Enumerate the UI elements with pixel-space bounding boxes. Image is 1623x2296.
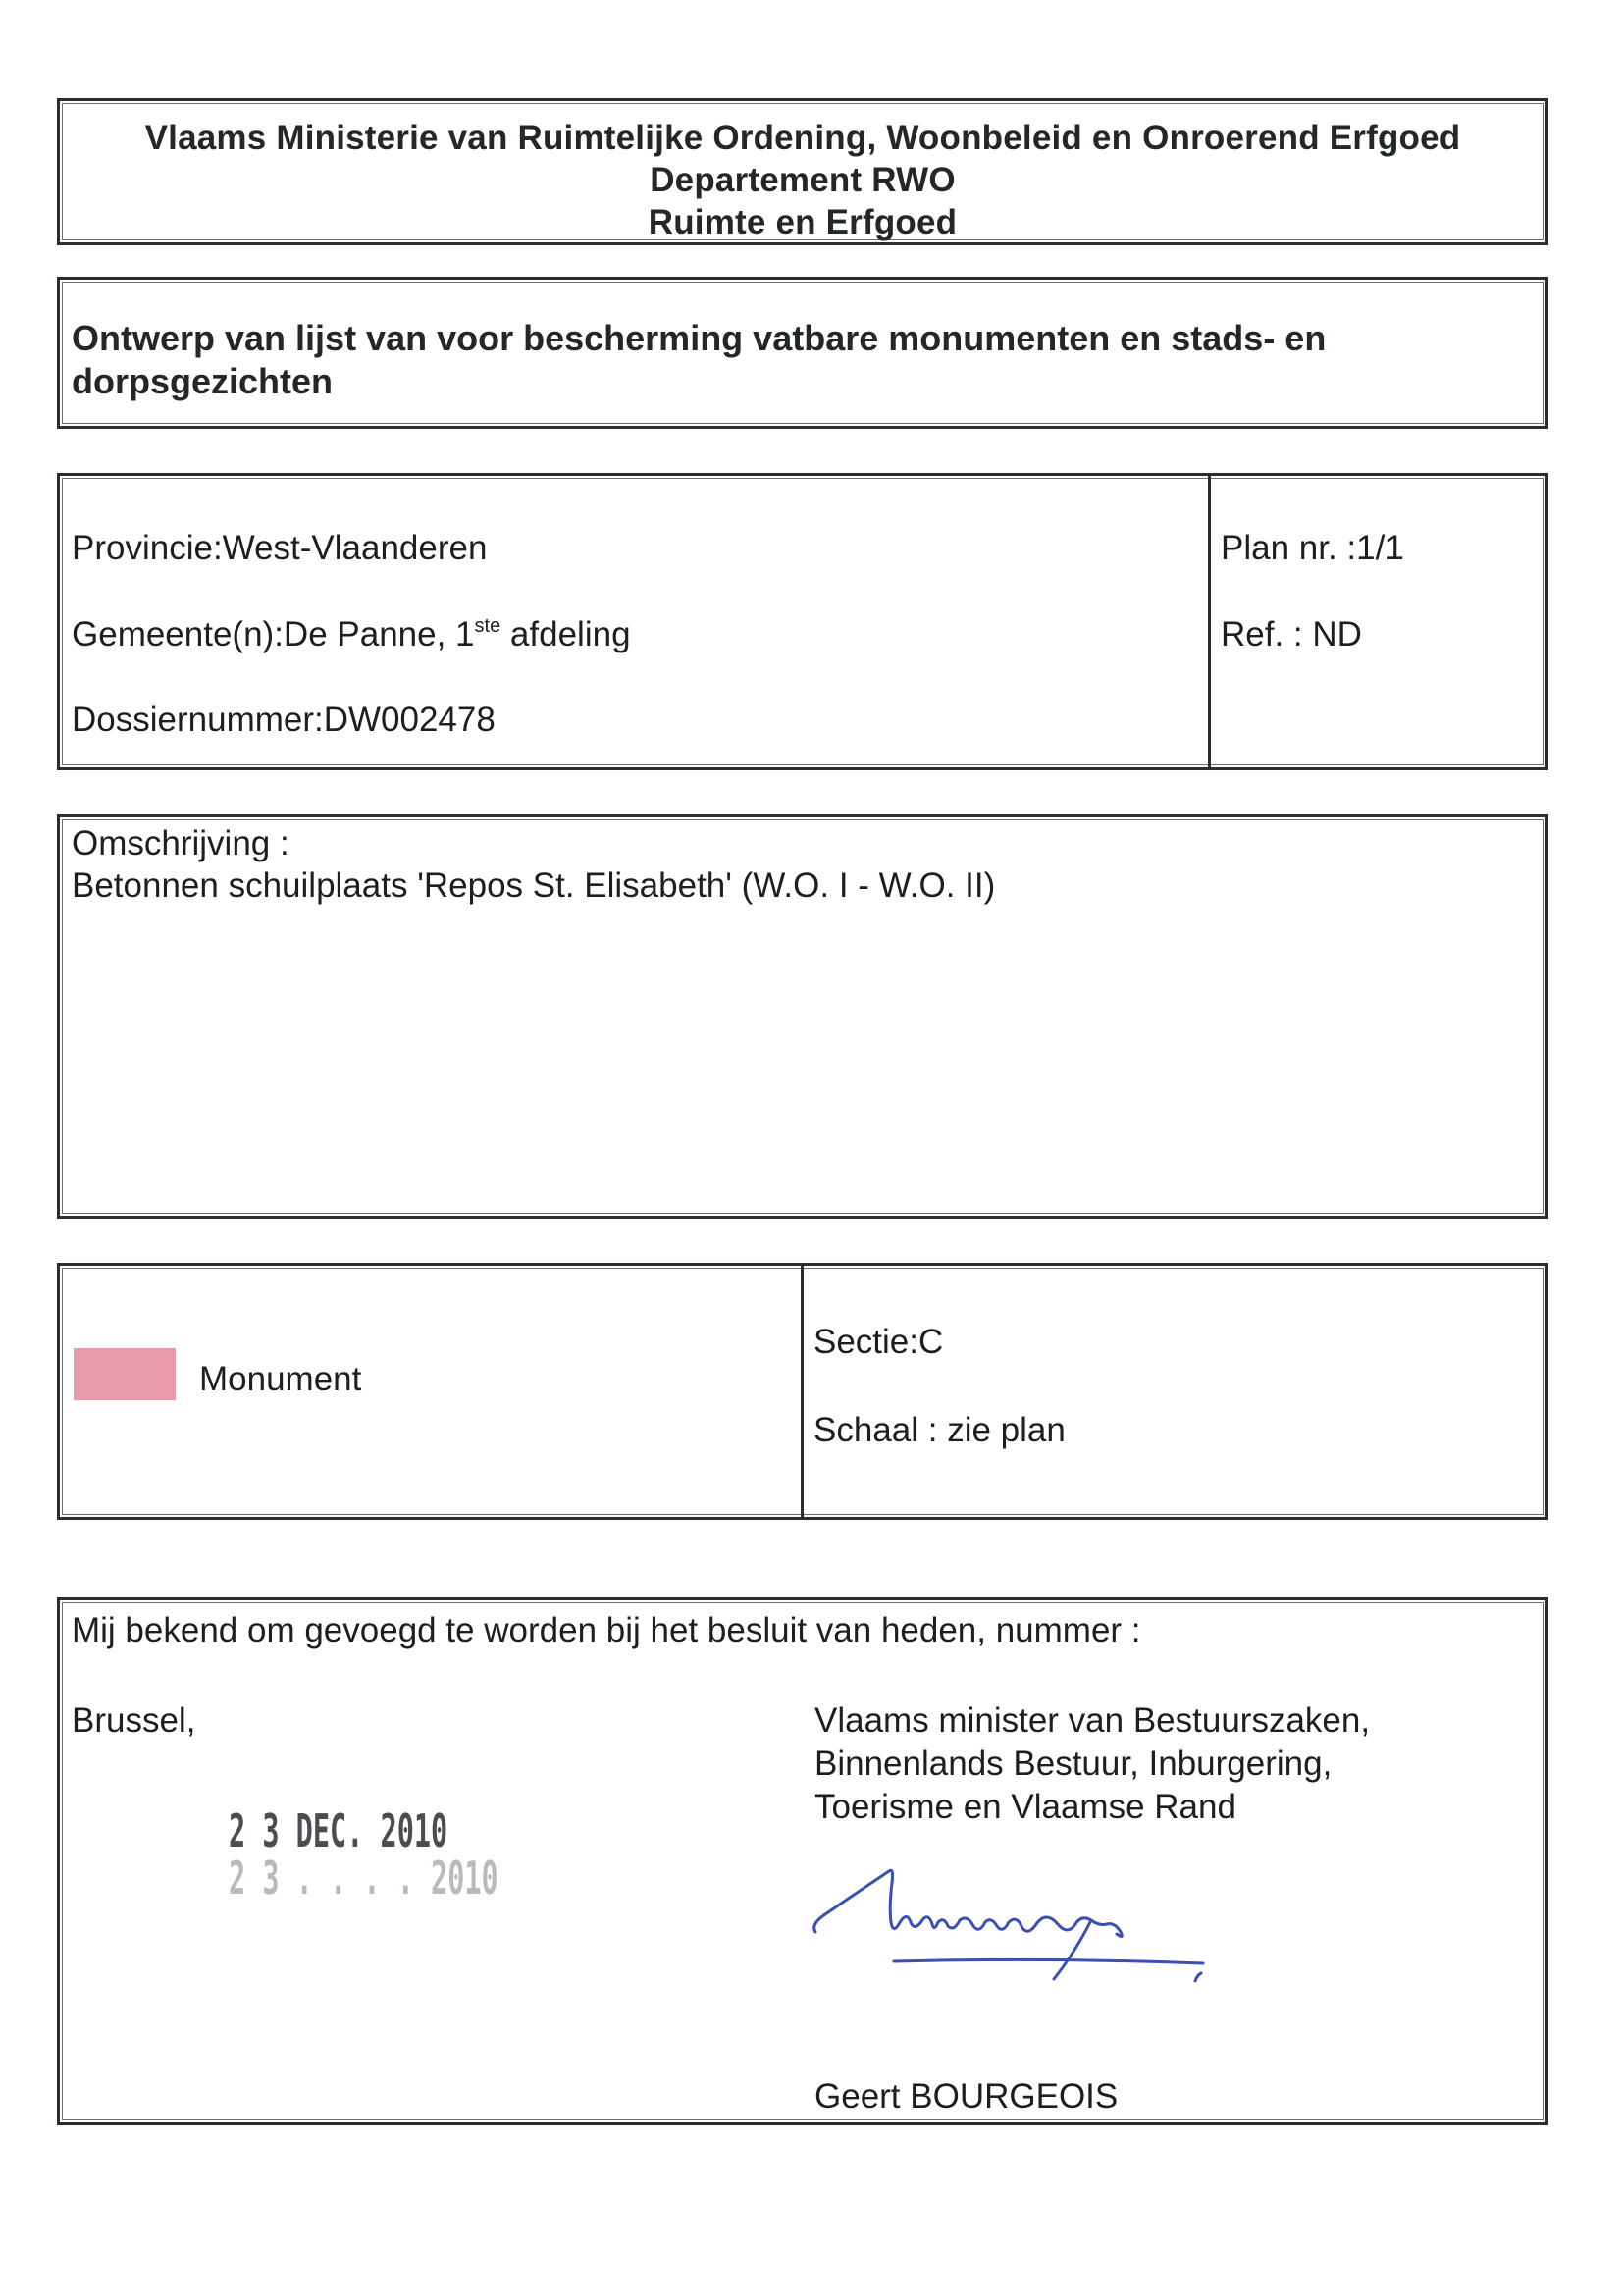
identification-box: Provincie:West-Vlaanderen Gemeente(n):De… [57, 473, 1548, 770]
department-name: Departement RWO [60, 163, 1545, 197]
signature [801, 1863, 1291, 1991]
place-label: Brussel, [72, 1703, 195, 1738]
ministry-header-box: Vlaams Ministerie van Ruimtelijke Ordeni… [57, 98, 1548, 245]
approval-statement: Mij bekend om gevoegd te worden bij het … [72, 1613, 1141, 1647]
date-stamp: 2 3 DEC. 2010 [229, 1804, 447, 1857]
plan-number-field: Plan nr. :1/1 [1221, 531, 1404, 565]
minister-title-line2: Binnenlands Bestuur, Inburgering, [814, 1747, 1332, 1781]
gemeente-superscript: ste [475, 615, 501, 637]
provincie-field: Provincie:West-Vlaanderen [72, 531, 487, 565]
gemeente-field: Gemeente(n):De Panne, 1ste afdeling [72, 617, 631, 652]
reference-field: Ref. : ND [1221, 617, 1362, 652]
identification-divider [1208, 476, 1211, 767]
ministry-name: Vlaams Ministerie van Ruimtelijke Ordeni… [60, 121, 1545, 155]
document-title-line1: Ontwerp van lijst van voor bescherming v… [72, 321, 1326, 356]
gemeente-suffix: afdeling [500, 615, 630, 653]
monument-legend-label: Monument [199, 1362, 361, 1396]
date-stamp-faint: 2 3 . . . . 2010 [229, 1852, 498, 1905]
sectie-field: Sectie:C [813, 1325, 943, 1359]
legend-box: Monument Sectie:C Schaal : zie plan [57, 1263, 1548, 1520]
description-text: Betonnen schuilplaats 'Repos St. Elisabe… [72, 868, 995, 903]
dossiernummer-field: Dossiernummer:DW002478 [72, 703, 496, 737]
document-title-line2: dorpsgezichten [72, 364, 333, 399]
agency-name: Ruimte en Erfgoed [60, 205, 1545, 239]
description-label: Omschrijving : [72, 826, 289, 861]
minister-title-line3: Toerisme en Vlaamse Rand [814, 1790, 1236, 1824]
gemeente-prefix: Gemeente(n):De Panne, 1 [72, 615, 475, 653]
description-box: Omschrijving : Betonnen schuilplaats 'Re… [57, 814, 1548, 1219]
document-title-box: Ontwerp van lijst van voor bescherming v… [57, 277, 1548, 429]
signatory-name: Geert BOURGEOIS [814, 2079, 1118, 2113]
legend-divider [801, 1266, 804, 1517]
approval-box: Mij bekend om gevoegd te worden bij het … [57, 1597, 1548, 2125]
monument-legend-swatch [74, 1348, 176, 1400]
minister-title-line1: Vlaams minister van Bestuurszaken, [814, 1703, 1370, 1738]
schaal-field: Schaal : zie plan [813, 1413, 1066, 1447]
